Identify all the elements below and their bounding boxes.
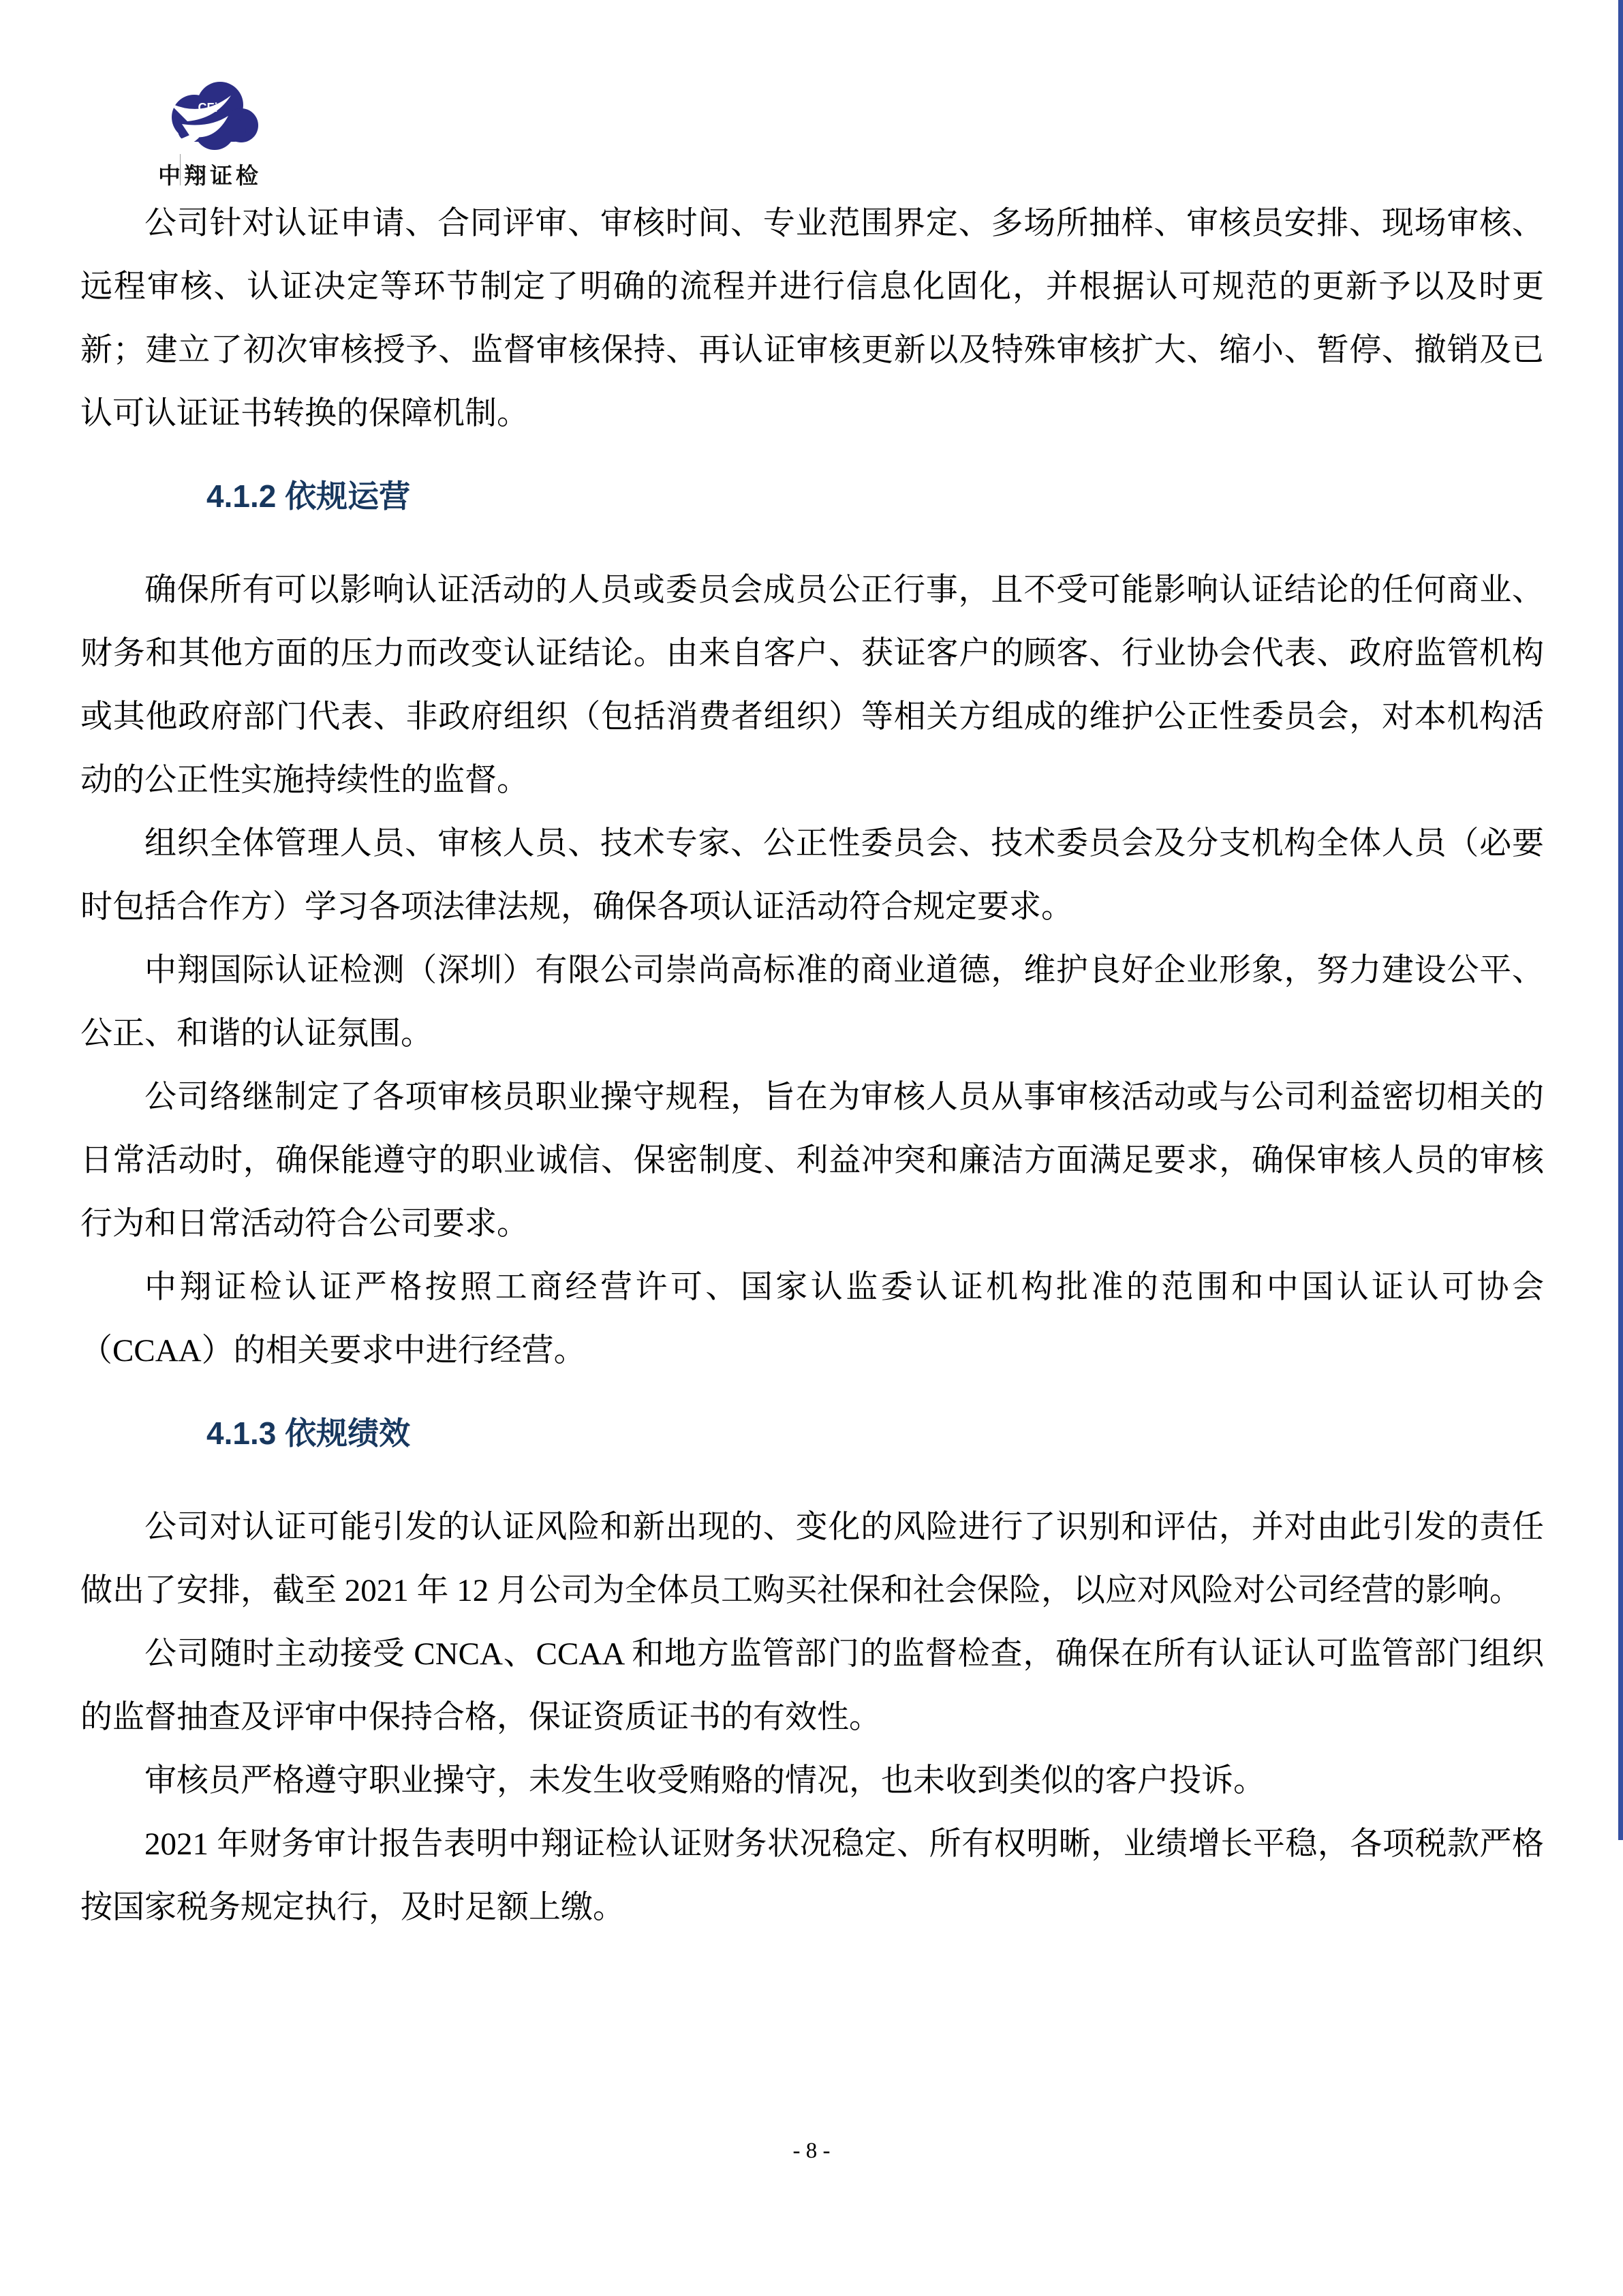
page-footer: - 8 - [0,2139,1623,2164]
logo-name: 中翔证检 [155,158,264,190]
paragraph-risk-assessment: 公司对认证可能引发的认证风险和新出现的、变化的风险进行了识别和评估，并对由此引发… [80,1496,1544,1623]
company-logo: CFi 中翔证检 [155,76,264,190]
document-body: 公司针对认证申请、合同评审、审核时间、专业范围界定、多场所抽样、审核员安排、现场… [80,192,1544,1940]
paragraph-auditor-conduct: 公司络继制定了各项审核员职业操守规程，旨在为审核人员从事审核活动或与公司利益密切… [80,1066,1544,1256]
logo-acronym: CFi [198,101,218,114]
logo-name-divider [180,154,181,185]
section-heading-4-1-2: 4.1.2 依规运营 [206,465,1544,528]
paragraph-certification-process: 公司针对认证申请、合同评审、审核时间、专业范围界定、多场所抽样、审核员安排、现场… [80,192,1544,446]
section-heading-4-1-3: 4.1.3 依规绩效 [206,1402,1544,1465]
paragraph-financial-audit: 2021 年财务审计报告表明中翔证检认证财务状况稳定、所有权明晰，业绩增长平稳，… [80,1813,1544,1940]
paragraph-impartiality: 确保所有可以影响认证活动的人员或委员会成员公正行事，且不受可能影响认证结论的任何… [80,559,1544,812]
page-number: - 8 - [793,2139,831,2163]
paragraph-business-ethics: 中翔国际认证检测（深圳）有限公司崇尚高标准的商业道德，维护良好企业形象，努力建设… [80,939,1544,1066]
logo-cloud-wings-icon: CFi [159,76,261,157]
paragraph-operating-scope: 中翔证检认证严格按照工商经营许可、国家认监委认证机构批准的范围和中国认证认可协会… [80,1256,1544,1383]
paragraph-supervision: 公司随时主动接受 CNCA、CCAA 和地方监管部门的监督检查，确保在所有认证认… [80,1623,1544,1749]
document-page: CFi 中翔证检 公司针对认证申请、合同评审、审核时间、专业范围界定、多场所抽样… [0,0,1623,2296]
logo-name-text: 中翔证检 [158,164,262,189]
paragraph-auditor-integrity: 审核员严格遵守职业操守，未发生收受贿赂的情况，也未收到类似的客户投诉。 [80,1749,1544,1813]
right-margin-rule [1618,0,1623,1840]
paragraph-training: 组织全体管理人员、审核人员、技术专家、公正性委员会、技术委员会及分支机构全体人员… [80,812,1544,939]
